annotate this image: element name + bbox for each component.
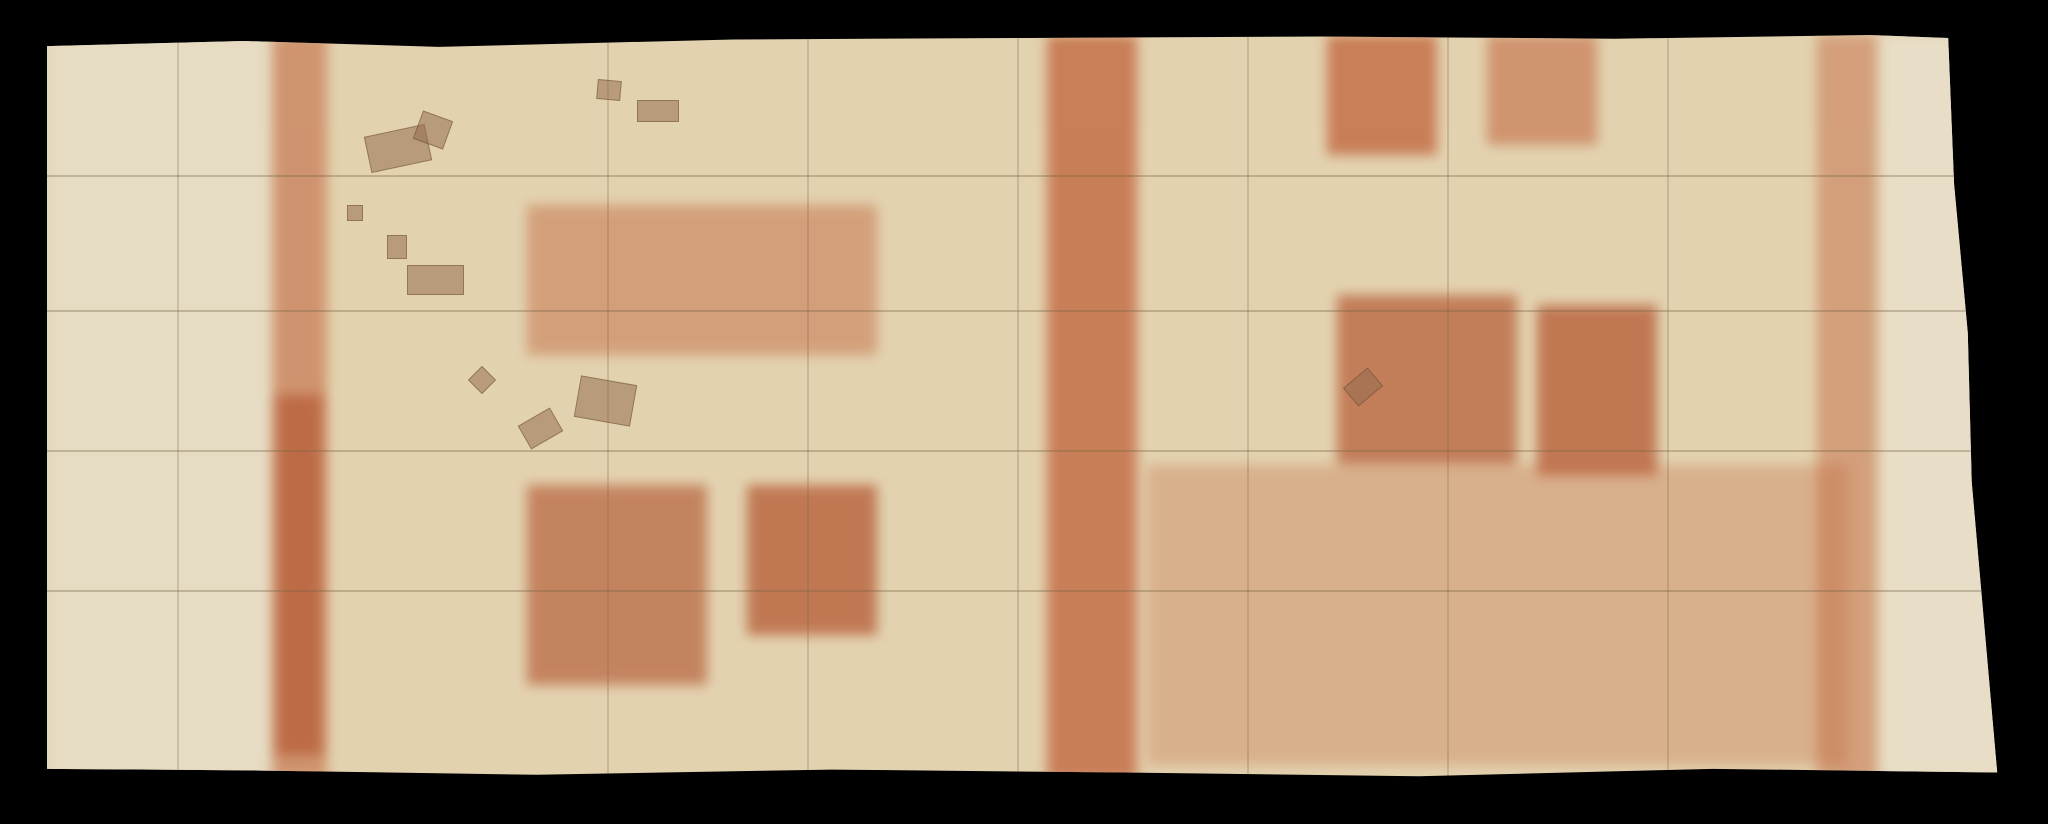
repair-patch (574, 375, 637, 426)
center-vertical-band (1047, 35, 1137, 780)
fold-line (177, 35, 179, 780)
repair-patch (407, 265, 464, 295)
right-pale-border (1877, 35, 2007, 780)
fold-line (1017, 35, 1019, 780)
fold-line (1447, 35, 1449, 780)
top-right-block-2 (1487, 35, 1597, 145)
upper-left-mottle (527, 205, 877, 355)
fold-line (1247, 35, 1249, 780)
repair-patch (347, 205, 363, 221)
repair-patch (468, 366, 496, 394)
lower-center-mottle (1147, 465, 1847, 765)
barkcloth-textile (47, 35, 2007, 780)
fold-line (47, 590, 2007, 592)
lower-left-block-2 (747, 485, 877, 635)
fold-line (47, 310, 2007, 312)
fold-line (47, 175, 2007, 177)
lower-left-block-1 (527, 485, 707, 685)
left-pale-border (47, 35, 277, 780)
lower-left-stripe (277, 395, 322, 755)
repair-patch (637, 100, 679, 122)
fold-line (807, 35, 809, 780)
fold-line (1667, 35, 1669, 780)
repair-patch (596, 79, 622, 101)
repair-patch (518, 408, 564, 450)
top-right-block-1 (1327, 35, 1437, 155)
repair-patch (387, 235, 407, 259)
fold-line (47, 450, 2007, 452)
